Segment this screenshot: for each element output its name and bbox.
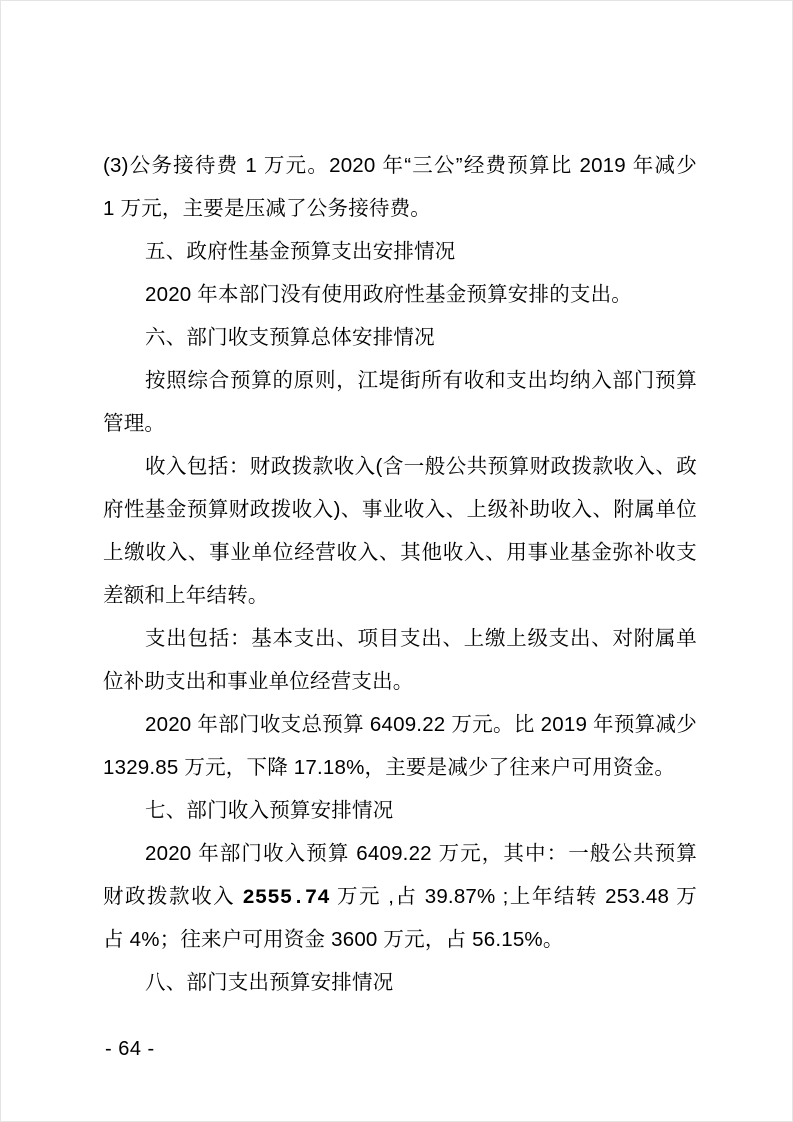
document-page: (3)公务接待费 1 万元。2020 年“三公”经费预算比 2019 年减少 1… (0, 0, 793, 1122)
para-gov-fund-expenditure-line-1: 2020 年本部门没有使用政府性基金预算安排的支出。 (103, 273, 697, 316)
para-official-reception-change-line-1: (3)公务接待费 1 万元。2020 年“三公”经费预算比 2019 年减少 (103, 144, 697, 187)
para-expenditure-includes-line-2: 位补助支出和事业单位经营支出。 (103, 660, 697, 703)
para-budget-principle-line-2: 管理。 (103, 402, 697, 445)
general-public-budget-amount: 2555.74 (242, 887, 330, 910)
para-income-includes-line-1: 收入包括：财政拨款收入(含一般公共预算财政拨款收入、政 (103, 445, 697, 488)
page-number: - 64 - (105, 1037, 155, 1061)
income-budget-text-pre: 财政拨款收入 (103, 885, 242, 908)
document-body: (3)公务接待费 1 万元。2020 年“三公”经费预算比 2019 年减少 1… (1, 1, 792, 1004)
heading-section-5: 五、政府性基金预算支出安排情况 (103, 230, 697, 273)
para-expenditure-includes-line-1: 支出包括：基本支出、项目支出、上缴上级支出、对附属单 (103, 617, 697, 660)
heading-section-6: 六、部门收支预算总体安排情况 (103, 316, 697, 359)
heading-section-8: 八、部门支出预算安排情况 (103, 961, 697, 1004)
para-income-includes-line-3: 上缴收入、事业单位经营收入、其他收入、用事业基金弥补收支 (103, 531, 697, 574)
para-income-budget-line-3: 占 4%；往来户可用资金 3600 万元，占 56.15%。 (103, 918, 697, 961)
para-income-includes-line-4: 差额和上年结转。 (103, 574, 697, 617)
para-income-budget-line-2: 财政拨款收入 2555.74 万元 ,占 39.87% ;上年结转 253.48… (103, 875, 697, 918)
heading-section-7: 七、部门收入预算安排情况 (103, 789, 697, 832)
para-income-includes-line-2: 府性基金预算财政拨收入)、事业收入、上级补助收入、附属单位 (103, 488, 697, 531)
para-official-reception-change-line-2: 1 万元，主要是压减了公务接待费。 (103, 187, 697, 230)
para-budget-principle-line-1: 按照综合预算的原则，江堤街所有收和支出均纳入部门预算 (103, 359, 697, 402)
para-income-budget-line-1: 2020 年部门收入预算 6409.22 万元，其中：一般公共预算 (103, 832, 697, 875)
para-total-budget-line-2: 1329.85 万元，下降 17.18%，主要是减少了往来户可用资金。 (103, 746, 697, 789)
para-total-budget-line-1: 2020 年部门收支总预算 6409.22 万元。比 2019 年预算减少 (103, 703, 697, 746)
